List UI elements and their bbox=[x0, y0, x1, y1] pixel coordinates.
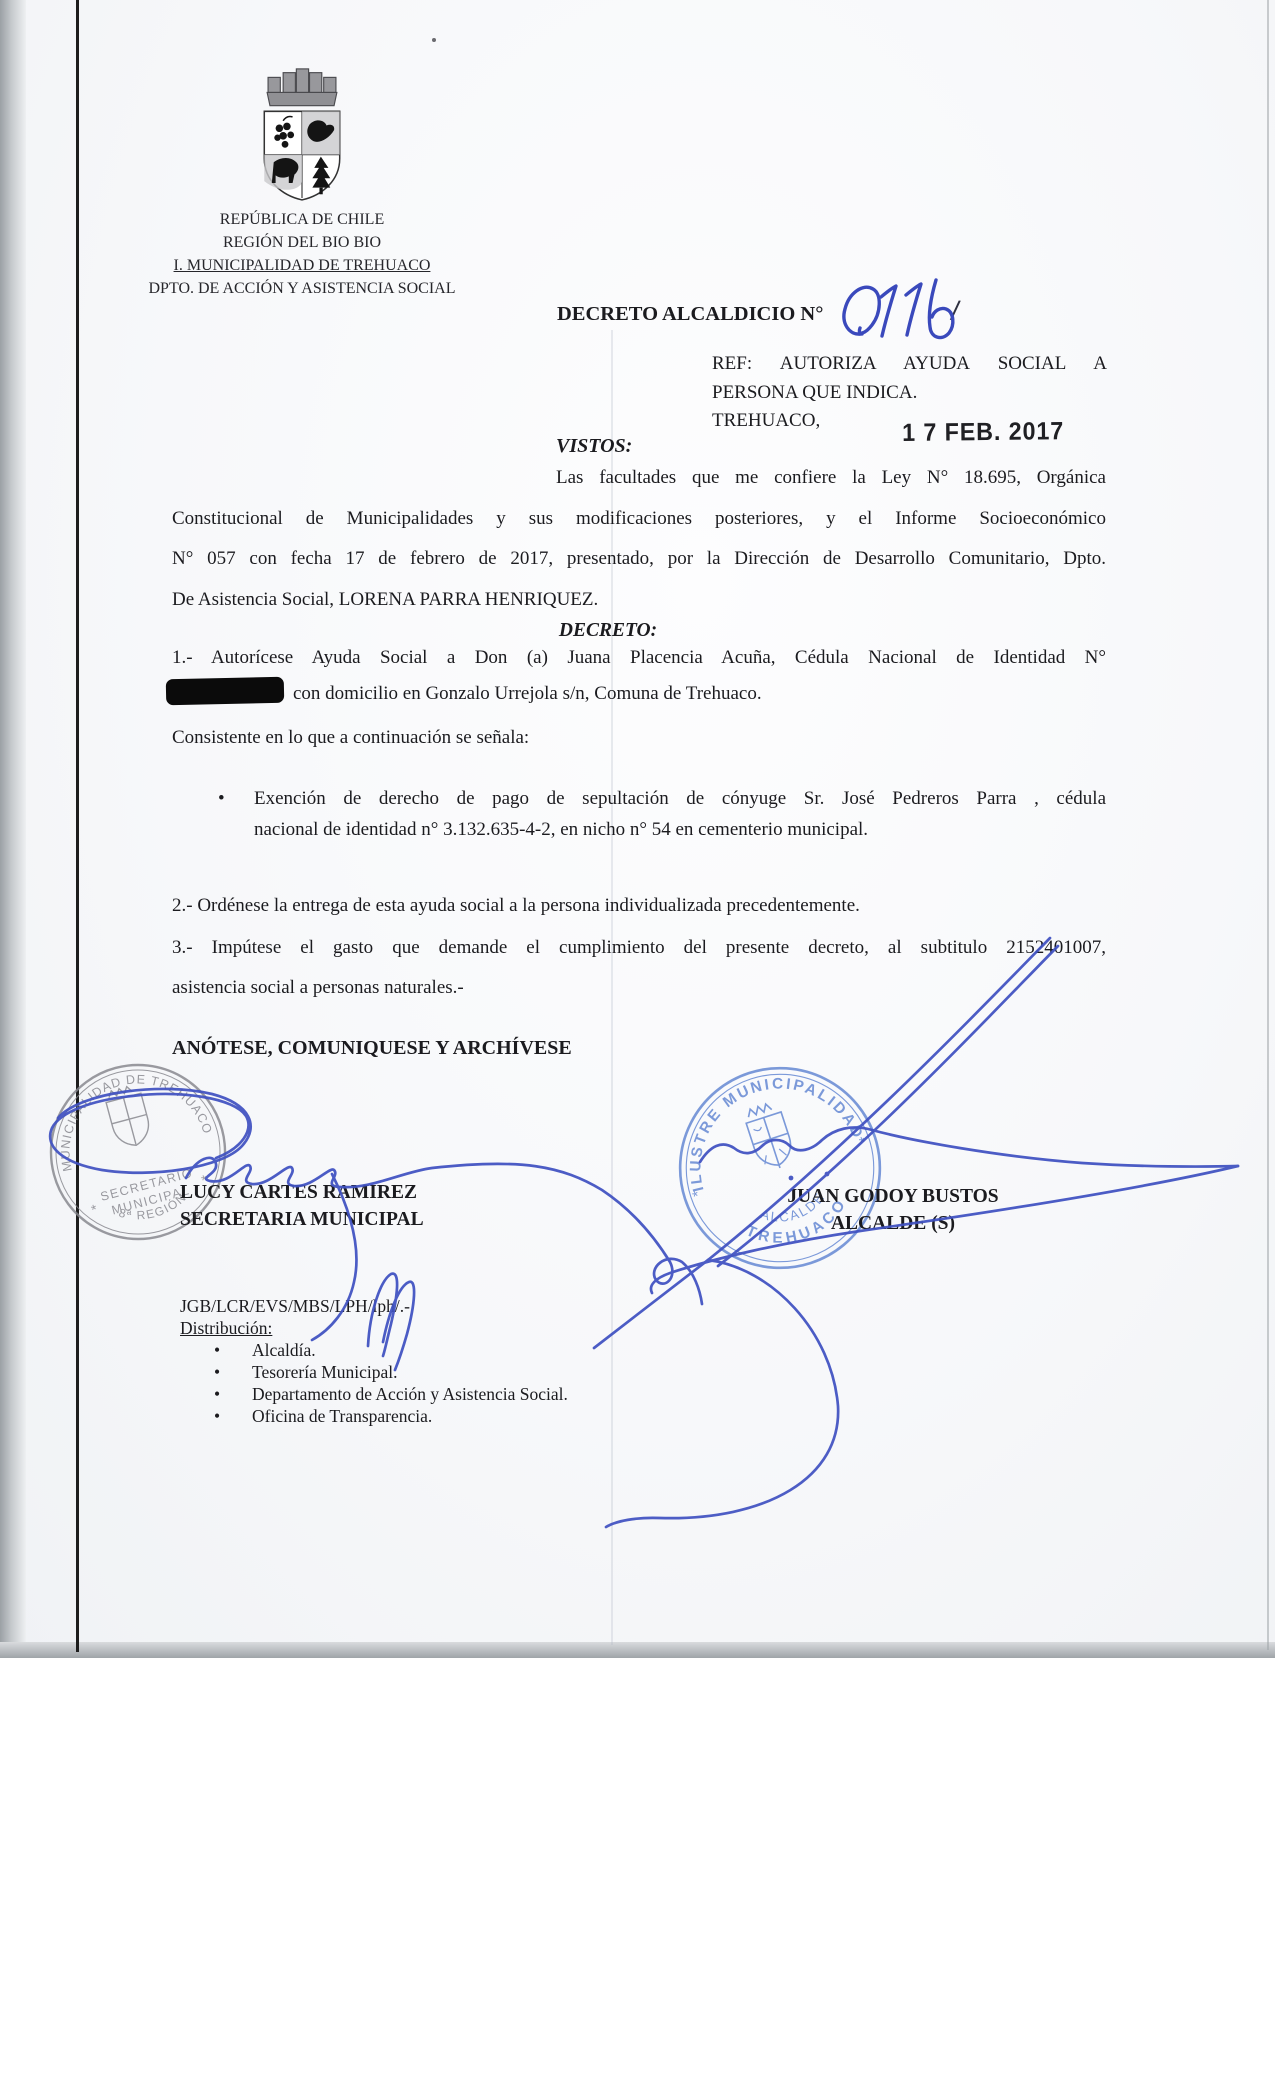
binding-line-artifact bbox=[76, 0, 79, 1652]
letterhead: REPÚBLICA DE CHILE REGIÓN DEL BIO BIO I.… bbox=[102, 208, 502, 300]
mayor-name: JUAN GODOY BUSTOS bbox=[776, 1186, 1010, 1208]
mayor-title: ALCALDE (S) bbox=[776, 1213, 1010, 1235]
letterhead-department: DPTO. DE ACCIÓN Y ASISTENCIA SOCIAL bbox=[102, 277, 502, 300]
document-page: REPÚBLICA DE CHILE REGIÓN DEL BIO BIO I.… bbox=[0, 0, 1275, 2100]
bullet-marker: • bbox=[218, 787, 225, 811]
item1-line-2-text: con domicilio en Gonzalo Urrejola s/n, C… bbox=[293, 683, 762, 704]
bullet-line-2: nacional de identidad n° 3.132.635-4-2, … bbox=[254, 818, 868, 842]
stamp-left-star-icon: * bbox=[89, 1201, 99, 1218]
distribution-item: Oficina de Transparencia. bbox=[252, 1406, 432, 1428]
ref-line-2: PERSONA QUE INDICA. bbox=[712, 381, 1107, 405]
svg-text:ILUSTRE MUNICIPALIDAD: ILUSTRE MUNICIPALIDAD bbox=[672, 1060, 867, 1195]
distribution-item: Tesorería Municipal. bbox=[252, 1362, 398, 1384]
stamp-right-arc-top: ILUSTRE MUNICIPALIDAD bbox=[672, 1060, 867, 1195]
scan-edge-shadow-bottom bbox=[0, 1642, 1275, 1658]
distribution-bullet: • bbox=[214, 1384, 220, 1406]
redacted-id-number bbox=[166, 677, 285, 705]
distribution-item: Alcaldía. bbox=[252, 1340, 316, 1362]
date-received-stamp: 1 7 FEB. 2017 bbox=[902, 417, 1064, 448]
item3-line-2: asistencia social a personas naturales.- bbox=[172, 976, 464, 1000]
scan-speck bbox=[432, 38, 436, 42]
decree-number-slash: / bbox=[949, 294, 961, 329]
initials-loop-stroke bbox=[383, 1282, 414, 1370]
scan-edge-line-right bbox=[1267, 0, 1269, 1650]
vistos-line-1: Las facultades que me confiere la Ley N°… bbox=[556, 466, 1106, 490]
bullet-line-1: Exención de derecho de pago de sepultaci… bbox=[254, 787, 1106, 811]
vistos-line-2: Constitucional de Municipalidades y sus … bbox=[172, 507, 1106, 531]
secretary-name: LUCY CARTES RAMIREZ bbox=[180, 1182, 417, 1204]
handwritten-number-strokes bbox=[844, 280, 953, 338]
stamp-right-shield-icon bbox=[742, 1100, 797, 1173]
distribution-bullet: • bbox=[214, 1340, 220, 1362]
stamp-left-shield-icon bbox=[104, 1084, 154, 1150]
distribution-bullet: • bbox=[214, 1406, 220, 1428]
scanned-decree-paper: REPÚBLICA DE CHILE REGIÓN DEL BIO BIO I.… bbox=[0, 0, 1275, 1658]
scan-edge-shadow-left bbox=[0, 0, 26, 1658]
mayor-signature-loop bbox=[606, 1260, 838, 1527]
shield-icon bbox=[264, 111, 339, 200]
distribution-label: Distribución: bbox=[180, 1318, 272, 1340]
item3-line-1: 3.- Impútese el gasto que demande el cum… bbox=[172, 936, 1106, 960]
mayor-round-stamp: ILUSTRE MUNICIPALIDAD TREHUACO ALCALDE *… bbox=[672, 1060, 888, 1276]
mural-crown-icon bbox=[267, 69, 337, 106]
letterhead-region: REGIÓN DEL BIO BIO bbox=[102, 231, 502, 254]
item2-line: 2.- Ordénese la entrega de esta ayuda so… bbox=[172, 894, 860, 918]
admin-initials-line: JGB/LCR/EVS/MBS/LPH/lph/.- bbox=[180, 1296, 410, 1318]
consistente-line: Consistente en lo que a continuación se … bbox=[172, 726, 529, 750]
item1-line-2: con domicilio en Gonzalo Urrejola s/n, C… bbox=[166, 678, 762, 706]
stamp-right-star-icon: * bbox=[857, 1134, 868, 1152]
vistos-label: VISTOS: bbox=[556, 434, 632, 459]
letterhead-country: REPÚBLICA DE CHILE bbox=[102, 208, 502, 231]
closing-formula: ANÓTESE, COMUNIQUESE Y ARCHÍVESE bbox=[172, 1036, 572, 1061]
vistos-line-3: N° 057 con fecha 17 de febrero de 2017, … bbox=[172, 547, 1106, 571]
decree-title: DECRETO ALCALDICIO N° bbox=[557, 303, 823, 326]
letterhead-municipality: I. MUNICIPALIDAD DE TREHUACO bbox=[102, 254, 502, 277]
vistos-line-4: De Asistencia Social, LORENA PARRA HENRI… bbox=[172, 588, 598, 612]
secretary-title: SECRETARIA MUNICIPAL bbox=[180, 1209, 424, 1231]
distribution-item: Departamento de Acción y Asistencia Soci… bbox=[252, 1384, 568, 1406]
distribution-bullet: • bbox=[214, 1362, 220, 1384]
coat-of-arms bbox=[236, 58, 368, 208]
ref-line-1: REF: AUTORIZA AYUDA SOCIAL A bbox=[712, 352, 1107, 376]
item1-line-1: 1.- Autorícese Ayuda Social a Don (a) Ju… bbox=[172, 646, 1106, 670]
decreto-label: DECRETO: bbox=[508, 619, 708, 643]
